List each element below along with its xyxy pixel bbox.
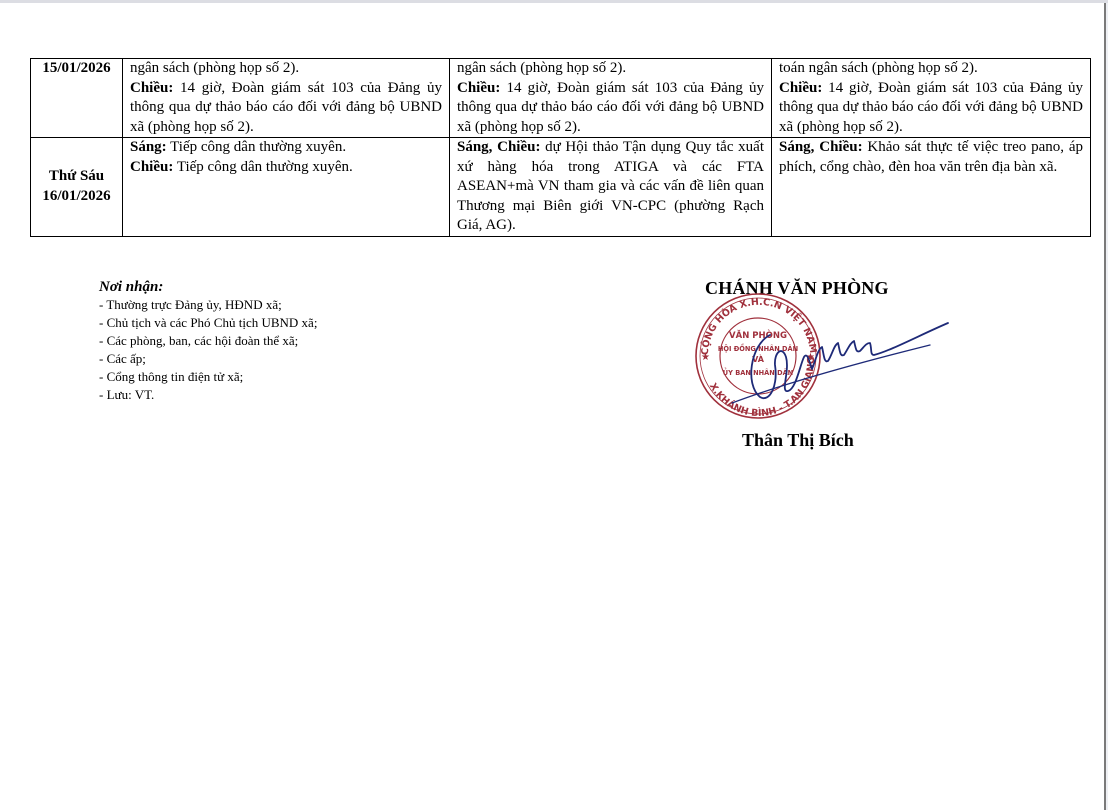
entry-label: Chiều: [130, 159, 173, 175]
schedule-cell-chairman: Sáng: Tiếp công dân thường xuyên. Chiều:… [123, 138, 450, 237]
entry-text: ngân sách (phòng họp số 2). [457, 59, 764, 79]
entry-label: Sáng, Chiều: [779, 139, 863, 155]
recipient-item: - Các phòng, ban, các hội đoàn thể xã; [99, 332, 317, 350]
weekday-text: Thứ Sáu [33, 167, 120, 187]
recipients-block: Nơi nhận: - Thường trực Đảng ủy, HĐND xã… [99, 278, 317, 404]
recipient-item: - Cổng thông tin điện tử xã; [99, 368, 317, 386]
entry-text: 14 giờ, Đoàn giám sát 103 của Đảng ủy th… [779, 80, 1083, 135]
entry-label: Sáng: [130, 139, 167, 155]
entry-text: Tiếp công dân thường xuyên. [167, 139, 346, 155]
schedule-cell-vice-chairman-2: toán ngân sách (phòng họp số 2). Chiều: … [772, 59, 1091, 138]
schedule-cell-vice-chairman-1: Sáng, Chiều: dự Hội thảo Tận dụng Quy tắ… [450, 138, 772, 237]
entry-label: Chiều: [130, 80, 173, 96]
viewer-top-border [0, 0, 1108, 3]
page-edge [1104, 3, 1106, 810]
entry-text: 14 giờ, Đoàn giám sát 103 của Đảng ủy th… [130, 80, 442, 135]
date-text: 15/01/2026 [33, 59, 120, 79]
entry-text: Tiếp công dân thường xuyên. [173, 159, 352, 175]
entry-text: 14 giờ, Đoàn giám sát 103 của Đảng ủy th… [457, 80, 764, 135]
table-row: 15/01/2026 ngân sách (phòng họp số 2). C… [31, 59, 1091, 138]
entry-text: toán ngân sách (phòng họp số 2). [779, 59, 1083, 79]
recipient-item: - Lưu: VT. [99, 386, 317, 404]
recipients-title: Nơi nhận: [99, 278, 317, 296]
signer-name: Thân Thị Bích [742, 430, 854, 451]
recipient-item: - Thường trực Đảng ủy, HĐND xã; [99, 296, 317, 314]
schedule-cell-vice-chairman-2: Sáng, Chiều: Khảo sát thực tế việc treo … [772, 138, 1091, 237]
schedule-cell-chairman: ngân sách (phòng họp số 2). Chiều: 14 gi… [123, 59, 450, 138]
date-text: 16/01/2026 [33, 187, 120, 207]
svg-text:★: ★ [701, 352, 710, 363]
entry-text: ngân sách (phòng họp số 2). [130, 59, 442, 79]
entry-label: Chiều: [779, 80, 822, 96]
entry-label: Chiều: [457, 80, 500, 96]
date-cell: 15/01/2026 [31, 59, 123, 138]
table-row: Thứ Sáu 16/01/2026 Sáng: Tiếp công dân t… [31, 138, 1091, 237]
recipient-item: - Chủ tịch và các Phó Chủ tịch UBND xã; [99, 314, 317, 332]
schedule-cell-vice-chairman-1: ngân sách (phòng họp số 2). Chiều: 14 gi… [450, 59, 772, 138]
weekly-schedule-table: 15/01/2026 ngân sách (phòng họp số 2). C… [30, 58, 1091, 237]
signature-scribble-icon [730, 305, 960, 415]
entry-label: Sáng, Chiều: [457, 139, 540, 155]
date-cell: Thứ Sáu 16/01/2026 [31, 138, 123, 237]
recipient-item: - Các ấp; [99, 350, 317, 368]
